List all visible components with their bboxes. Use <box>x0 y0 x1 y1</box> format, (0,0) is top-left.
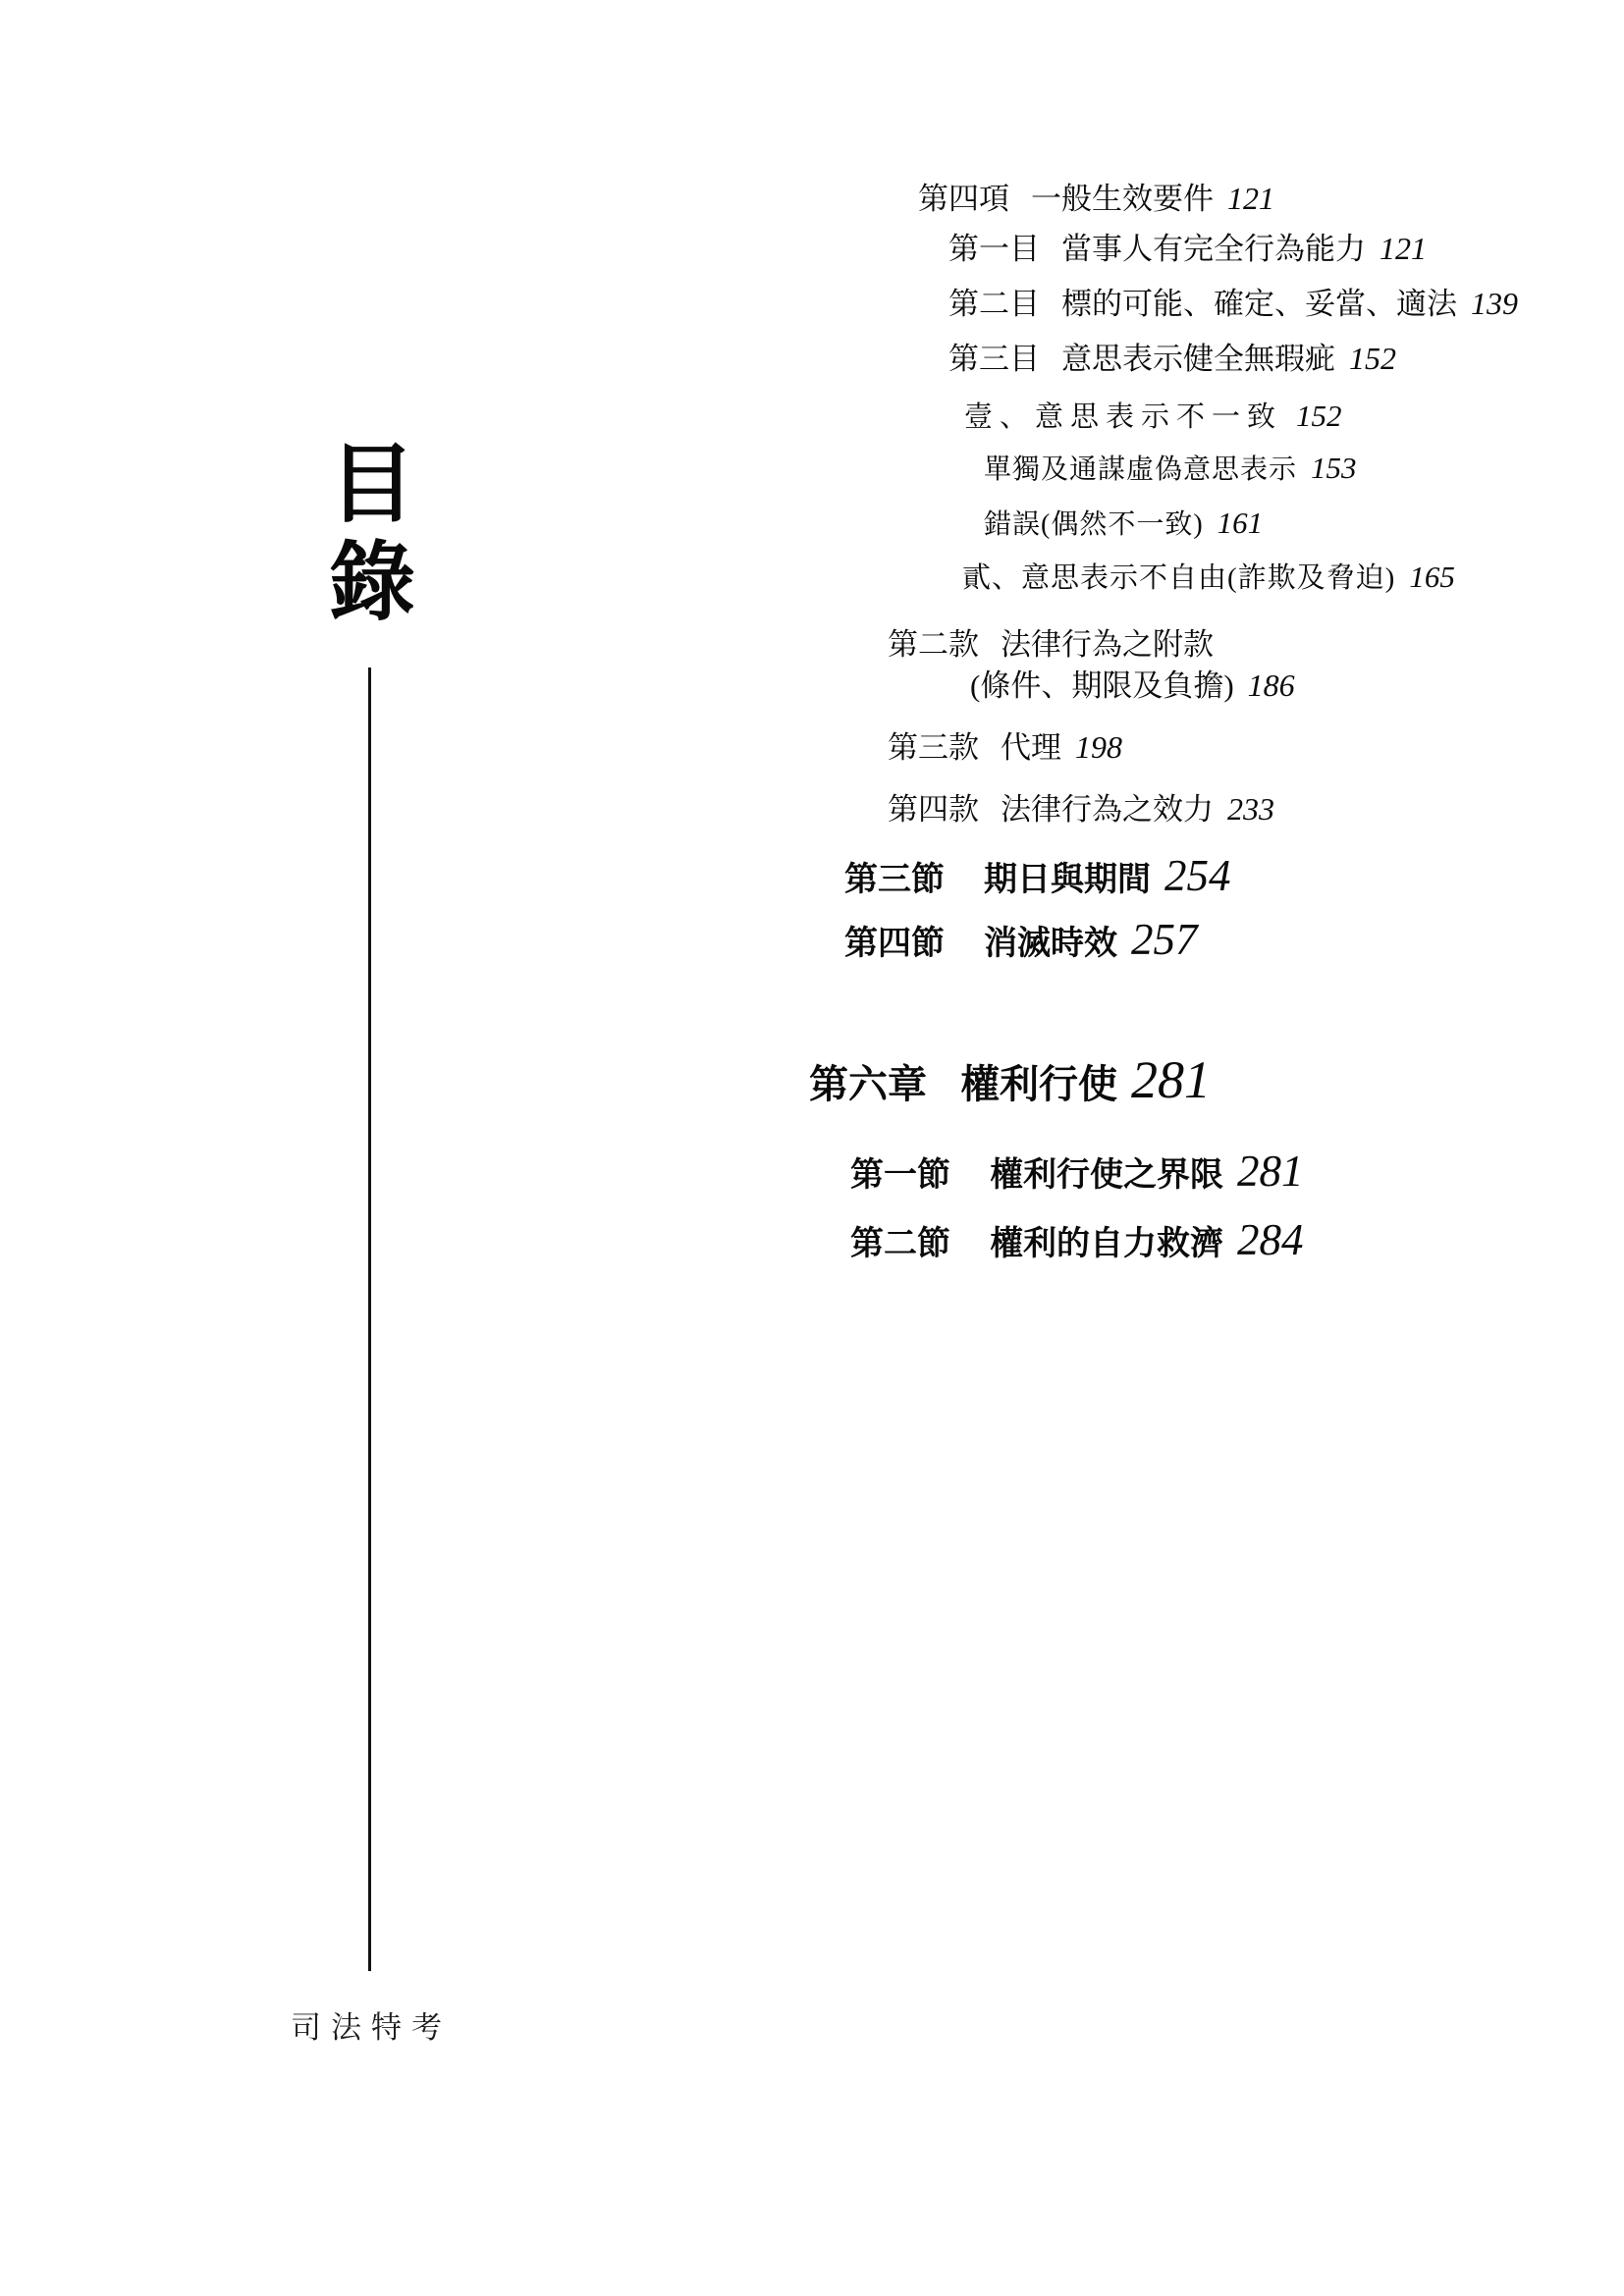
toc-entry-title: 意思表示健全無瑕疵 <box>1061 342 1335 376</box>
toc-entry-title: 法律行為之效力 <box>1001 792 1214 827</box>
toc-entry-label: 第六章 <box>809 1063 927 1107</box>
toc-entry-page: 254 <box>1164 851 1231 900</box>
toc-entry-page: 233 <box>1227 791 1274 827</box>
toc-entry-page: 281 <box>1237 1147 1304 1196</box>
toc-entry-label: 第四節 <box>844 926 945 963</box>
toc-entry-page: 198 <box>1075 729 1122 765</box>
toc-entry: 第一節權利行使之界限281 <box>850 1147 1304 1196</box>
toc-entry-continuation: (條件、期限及負擔)186 <box>970 668 1295 704</box>
vertical-divider-line <box>368 667 371 1971</box>
toc-entry-label: 第三節 <box>844 862 945 899</box>
toc-entry-page: 152 <box>1296 399 1342 433</box>
toc-entry-page: 153 <box>1311 451 1357 485</box>
toc-entry-page: 186 <box>1248 667 1295 703</box>
toc-page: 目錄 司法特考 第四項一般生效要件121 第一目當事人有完全行為能力121 第二… <box>0 0 1624 2296</box>
toc-entry: 第三款代理198 <box>888 730 1122 766</box>
toc-entry: 壹、意思表示不一致152 <box>964 400 1342 434</box>
toc-entry-label: 第三目 <box>948 343 1040 377</box>
toc-entry-title: 法律行為之附款 <box>1001 627 1214 662</box>
toc-entry: 第三節期日與期間254 <box>844 851 1231 900</box>
toc-entry-title: 權利的自力救濟 <box>990 1226 1223 1262</box>
toc-entry-title: (條件、期限及負擔) <box>970 668 1234 703</box>
toc-entry: 第三目意思表示健全無瑕疵152 <box>948 342 1396 377</box>
toc-entry-title: 消滅時效 <box>984 926 1117 962</box>
toc-entry-label: 第一節 <box>850 1157 950 1195</box>
toc-entry-chapter: 第六章權利行使281 <box>809 1050 1211 1109</box>
toc-entry-title: 貳、意思表示不自由(詐欺及脅迫) <box>962 562 1395 594</box>
footer-series-label: 司法特考 <box>291 2002 452 2047</box>
toc-entry-title: 權利行使 <box>960 1062 1117 1106</box>
toc-entry: 第四款法律行為之效力233 <box>888 792 1274 828</box>
toc-entry-page: 121 <box>1227 181 1274 216</box>
toc-entry-label: 第二目 <box>948 288 1040 322</box>
toc-entry: 第一目當事人有完全行為能力121 <box>948 232 1427 267</box>
toc-entry: 第二款法律行為之附款 <box>888 628 1214 663</box>
toc-entry-page: 121 <box>1380 231 1427 266</box>
toc-entry: 貳、意思表示不自由(詐欺及脅迫)165 <box>962 561 1455 595</box>
toc-entry-title: 錯誤(偶然不一致) <box>984 509 1204 540</box>
toc-entry: 單獨及通謀虛偽意思表示153 <box>984 452 1357 486</box>
toc-entry: 第四項一般生效要件121 <box>918 182 1274 217</box>
toc-entry-page: 284 <box>1237 1215 1304 1264</box>
toc-entry-title: 期日與期間 <box>984 862 1151 898</box>
toc-entry-label: 第四項 <box>918 183 1009 217</box>
toc-entry: 第二節權利的自力救濟284 <box>850 1215 1304 1264</box>
toc-entry-title: 壹、意思表示不一致 <box>964 401 1282 433</box>
toc-entry: 第二目標的可能、確定、妥當、適法139 <box>948 287 1518 322</box>
toc-entry-title: 單獨及通謀虛偽意思表示 <box>984 454 1297 485</box>
toc-entry-page: 165 <box>1409 560 1455 594</box>
toc-entry-title: 權利行使之界限 <box>990 1157 1223 1194</box>
toc-entry-page: 139 <box>1471 286 1518 321</box>
toc-entry-title: 當事人有完全行為能力 <box>1061 232 1366 266</box>
toc-entry-label: 第三款 <box>888 731 979 766</box>
toc-entry-page: 281 <box>1131 1050 1211 1109</box>
toc-entry-page: 161 <box>1218 506 1264 540</box>
page-title: 目錄 <box>320 438 406 634</box>
toc-entry-title: 代理 <box>1001 730 1061 765</box>
toc-entry-label: 第一目 <box>948 233 1040 267</box>
toc-entry: 錯誤(偶然不一致)161 <box>984 507 1263 541</box>
toc-entry-label: 第二節 <box>850 1226 950 1263</box>
toc-entry-page: 152 <box>1349 341 1396 376</box>
toc-entry-label: 第四款 <box>888 793 979 828</box>
toc-entry-page: 257 <box>1131 915 1198 964</box>
toc-entry-title: 一般生效要件 <box>1031 182 1214 216</box>
toc-entry: 第四節消滅時效257 <box>844 915 1198 964</box>
toc-entry-label: 第二款 <box>888 628 979 663</box>
toc-entry-title: 標的可能、確定、妥當、適法 <box>1061 287 1457 321</box>
